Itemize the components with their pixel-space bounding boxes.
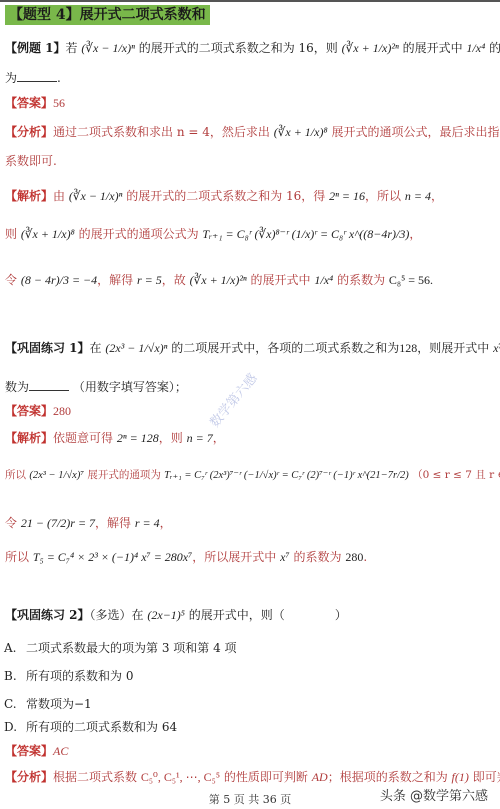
text: 所以: [5, 469, 26, 481]
text: 则: [5, 227, 17, 241]
text: ，解得: [97, 273, 133, 287]
watermark: 数学第六感: [204, 368, 260, 430]
text: .: [57, 71, 61, 85]
practice1-question-line1: 【巩固练习 1】在 (2x³ − 1/√x)ⁿ 的二项展开式中，各项的二项式系数…: [5, 340, 500, 356]
text: 所以: [5, 550, 29, 564]
example1-solution-line2: 则 (∛x + 1/x)⁸ 的展开式的通项公式为 Tᵣ₊₁ = C₈ʳ (∛x)…: [5, 226, 421, 242]
option-a[interactable]: A.二项式系数最大的项为第 3 项和第 4 项: [4, 640, 237, 656]
text: ，故: [162, 273, 186, 287]
option-letter: D.: [4, 719, 26, 735]
option-d[interactable]: D.所有项的二项式系数和为 64: [4, 719, 177, 735]
text: 依题意可得: [53, 431, 113, 445]
math-expr: 2ⁿ = 128: [117, 431, 159, 445]
math-expr: 1/x⁴: [314, 273, 333, 287]
answer-blank: [29, 380, 69, 391]
answer-label: 【答案】: [5, 404, 53, 418]
math-expr: 1/x⁴: [466, 41, 485, 55]
math-expr: r = 4: [135, 516, 160, 530]
practice2-label: 【巩固练习 2】: [5, 608, 90, 622]
math-expr: 21 − (7/2)r = 7: [21, 516, 95, 530]
practice1-solution-line4: 所以 T₅ = C₇⁴ × 2³ × (−1)⁴ x⁷ = 280x⁷，所以展开…: [5, 549, 367, 565]
option-text: 所有项的二项式系数和为 64: [26, 720, 177, 734]
text: 的展开式的二项式系数之和为 16，得: [126, 189, 325, 203]
text: 的二项展开式中，各项的二项式系数之和为: [171, 341, 399, 355]
practice2-answer: 【答案】AC: [5, 743, 68, 759]
math-formula: T₅ = C₇⁴ × 2³ × (−1)⁴ x⁷ = 280x⁷: [33, 550, 192, 564]
math-expr: x⁷: [280, 550, 290, 564]
text: （0 ≤ r ≤ 7 且 r ∈ N），: [412, 469, 500, 481]
math-expr: (∛x − 1/x)ⁿ: [81, 41, 135, 55]
text: .: [363, 550, 367, 564]
answer-label: 【答案】: [5, 96, 53, 110]
source-credit: 头条 @数学第六感: [380, 785, 488, 804]
option-letter: A.: [4, 640, 26, 656]
math-formula: Tᵣ₊₁ = C₇ʳ (2x³)⁷⁻ʳ (−1/√x)ʳ = C₇ʳ (2)⁷⁻…: [164, 470, 409, 481]
answer-label: 【答案】: [5, 744, 53, 758]
text: 的展开式中，则（: [189, 608, 285, 622]
text: 由: [53, 189, 65, 203]
top-border: [0, 0, 500, 2]
math-expr: f(1): [452, 770, 469, 784]
text: ；根据项的系数之和为: [328, 770, 448, 784]
text: 的展开式中: [251, 273, 311, 287]
practice1-label: 【巩固练习 1】: [5, 341, 90, 355]
example1-analysis-line1: 【分析】通过二项式系数和求出 n = 4，然后求出 (∛x + 1/x)⁸ 展开…: [5, 124, 500, 140]
text: ，: [409, 227, 421, 241]
math-expr: x⁷: [493, 341, 500, 355]
text: 令: [5, 273, 17, 287]
math-formula: Tᵣ₊₁ = C₈ʳ (∛x)⁸⁻ʳ (1/x)ʳ = C₈ʳ x^((8−4r…: [202, 227, 409, 241]
text: ，: [213, 431, 225, 445]
math-expr: 280: [345, 550, 363, 564]
math-expr: (∛x + 1/x)²ⁿ: [342, 41, 399, 55]
math-expr: (∛x + 1/x)⁸: [21, 227, 75, 241]
option-letter: B.: [4, 668, 26, 684]
practice2-analysis: 【分析】根据二项式系数 C₅⁰, C₅¹, ⋯, C₅⁵ 的性质即可判断 AD；…: [5, 769, 500, 785]
text: ，所以展开式中: [192, 550, 276, 564]
example1-analysis-line2: 系数即可.: [5, 153, 57, 169]
text: 通过二项式系数和求出 n = 4，然后求出: [53, 125, 270, 139]
text: （用数字填写答案）；: [73, 380, 187, 394]
text: ，: [431, 189, 443, 203]
math-expr: C₈⁵ = 56.: [389, 273, 433, 287]
example1-label: 【例题 1】: [5, 41, 66, 55]
math-expr: (8 − 4r)/3 = −4: [21, 273, 97, 287]
analysis-label: 【分析】: [5, 770, 53, 784]
text: 的系数: [489, 41, 500, 55]
math-expr: n = 7: [187, 431, 213, 445]
option-c[interactable]: C.常数项为−1: [4, 696, 92, 712]
text: 展开式的通项公式，最后求出指定项的: [331, 125, 500, 139]
option-letter: C.: [4, 696, 26, 712]
text: ，则: [159, 431, 183, 445]
solution-label: 【解析】: [5, 431, 53, 445]
example1-solution-line1: 【解析】由 (∛x − 1/x)ⁿ 的展开式的二项式系数之和为 16，得 2ⁿ …: [5, 188, 443, 204]
practice1-solution-line3: 令 21 − (7/2)r = 7，解得 r = 4，: [5, 515, 172, 531]
example1-answer: 【答案】56: [5, 95, 65, 111]
text: 系数即可.: [5, 154, 57, 168]
option-text: 常数项为−1: [26, 697, 92, 711]
answer-value: 56: [53, 96, 65, 110]
math-expr: C₅⁰, C₅¹, ⋯, C₅⁵: [141, 770, 220, 784]
practice1-question-line2: 数为 （用数字填写答案）；: [5, 379, 187, 395]
text: 令: [5, 516, 17, 530]
text: ，则展开式中: [417, 341, 489, 355]
text: 根据二项式系数: [53, 770, 137, 784]
text: 的展开式的二项式系数之和为 16，则: [139, 41, 338, 55]
solution-label: 【解析】: [5, 189, 53, 203]
option-text: 二项式系数最大的项为第 3 项和第 4 项: [26, 641, 237, 655]
answer-blank: [17, 71, 57, 82]
text: 的展开式的通项公式为: [79, 227, 199, 241]
option-b[interactable]: B.所有项的系数和为 0: [4, 668, 133, 684]
text: 若: [66, 41, 78, 55]
text: 即可判断: [473, 770, 500, 784]
math-expr: (2x³ − 1/√x)ⁿ: [105, 341, 167, 355]
math-expr: n = 4: [405, 189, 431, 203]
math-expr: (∛x − 1/x)ⁿ: [69, 189, 123, 203]
text: 的系数为: [337, 273, 385, 287]
text: 的性质即可判断: [224, 770, 308, 784]
practice1-solution-line1: 【解析】依题意可得 2ⁿ = 128，则 n = 7，: [5, 430, 225, 446]
text: 的展开式中: [403, 41, 463, 55]
section-title: 【题型 4】展开式二项式系数和: [5, 5, 210, 25]
practice1-answer: 【答案】280: [5, 403, 71, 419]
example1-question-line1: 【例题 1】若 (∛x − 1/x)ⁿ 的展开式的二项式系数之和为 16，则 (…: [5, 40, 500, 56]
text: ，: [160, 516, 172, 530]
text: 展开式的通项为: [87, 469, 161, 481]
math-expr: r = 5: [137, 273, 162, 287]
answer-value: AC: [53, 744, 68, 758]
practice1-solution-line2: 所以 (2x³ − 1/√x)⁷ 展开式的通项为 Tᵣ₊₁ = C₇ʳ (2x³…: [5, 467, 500, 484]
math-expr: (2x³ − 1/√x)⁷: [29, 470, 84, 481]
text: 在: [90, 341, 102, 355]
math-expr: 128: [399, 341, 417, 355]
math-expr: AD: [312, 770, 328, 784]
math-expr: 2ⁿ = 16: [329, 189, 365, 203]
text: ，所以: [365, 189, 401, 203]
text: ，解得: [95, 516, 131, 530]
example1-question-line2: 为.: [5, 70, 61, 86]
text: 的系数为: [293, 550, 341, 564]
math-expr: (∛x + 1/x)⁸: [274, 125, 328, 139]
math-expr: (∛x + 1/x)²ⁿ: [190, 273, 247, 287]
example1-solution-line3: 令 (8 − 4r)/3 = −4，解得 r = 5，故 (∛x + 1/x)²…: [5, 272, 433, 288]
practice2-question: 【巩固练习 2】（多选）在 (2x−1)⁵ 的展开式中，则（）: [5, 607, 347, 623]
text: 为: [5, 71, 17, 85]
text: （多选）在: [90, 608, 144, 622]
text: ）: [335, 608, 347, 622]
math-expr: (2x−1)⁵: [147, 608, 185, 622]
text: 数为: [5, 380, 29, 394]
analysis-label: 【分析】: [5, 125, 53, 139]
answer-value: 280: [53, 404, 71, 418]
option-text: 所有项的系数和为 0: [26, 669, 133, 683]
